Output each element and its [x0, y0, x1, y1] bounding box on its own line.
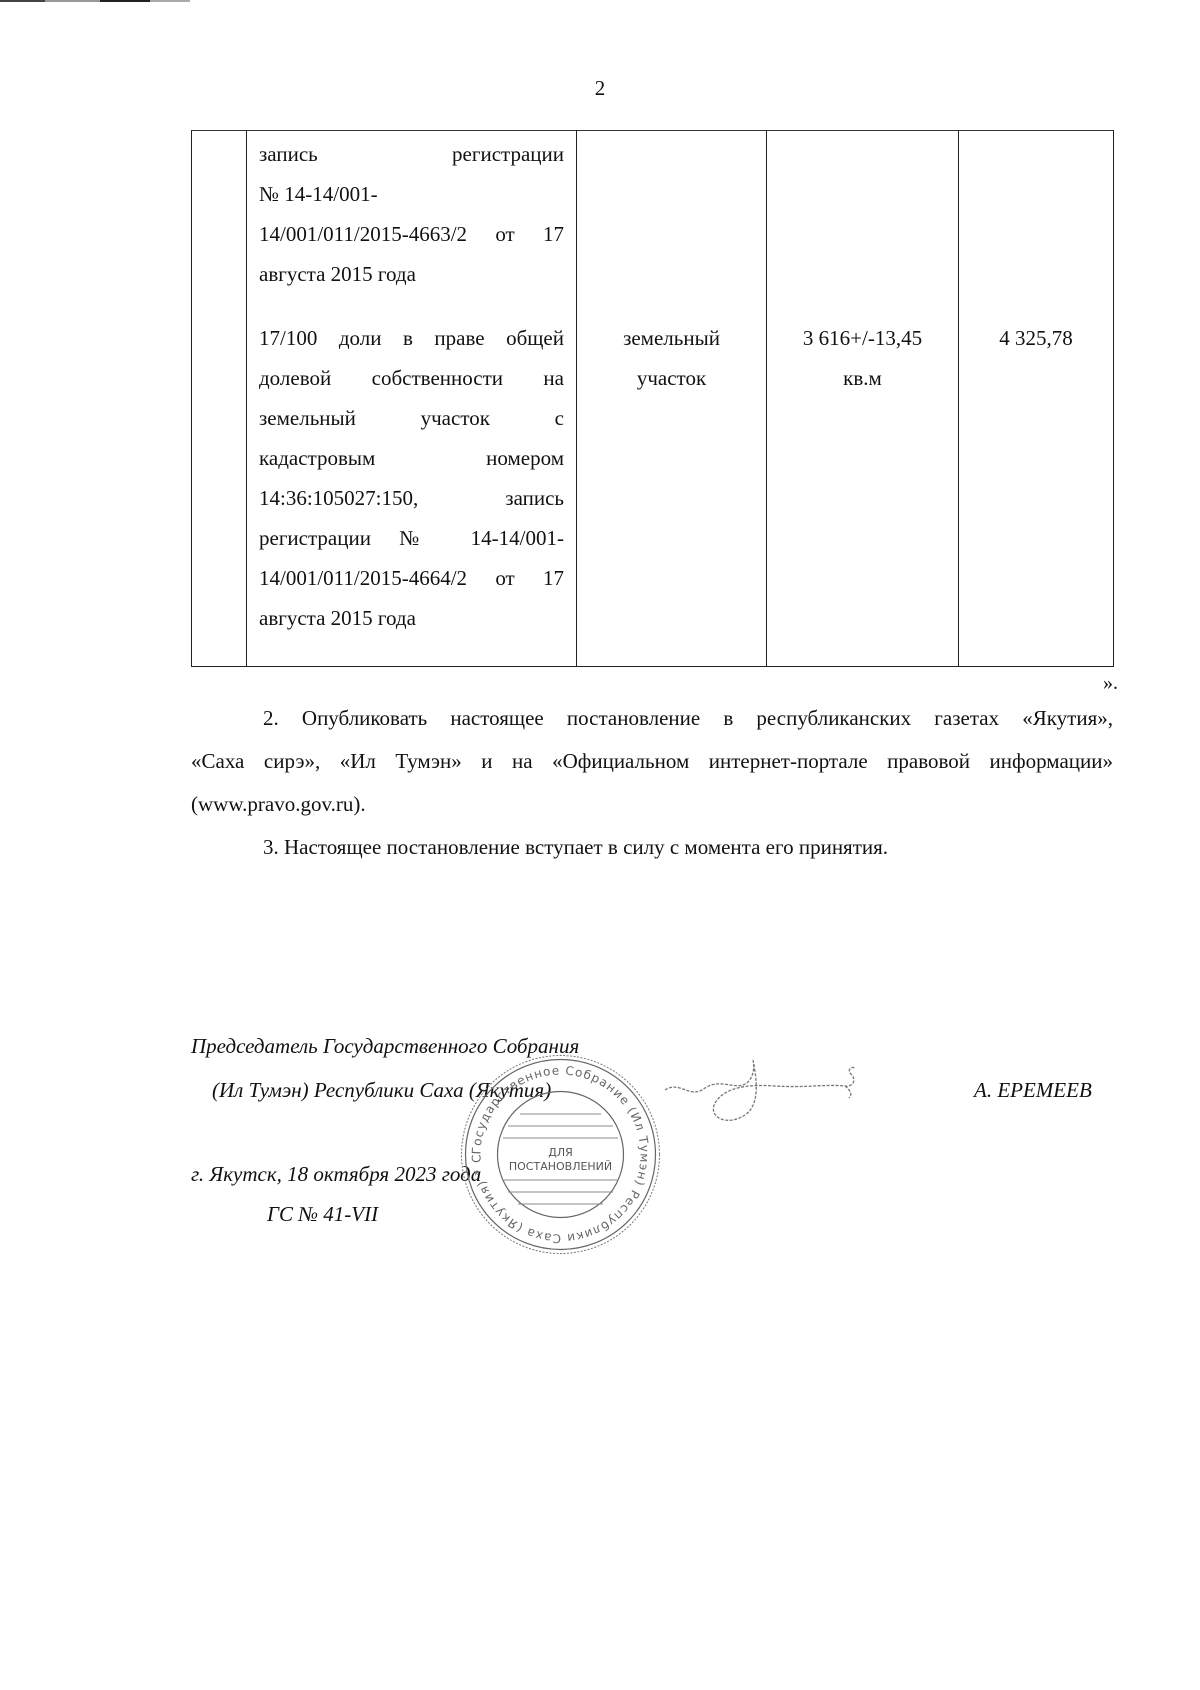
property-table: запись регистрации № 14-14/001- 14/001/0…: [191, 130, 1114, 667]
table-bottom-border: [192, 666, 1114, 667]
description-line: № 14-14/001-: [259, 174, 564, 214]
area-line: кв.м: [767, 358, 958, 398]
place-and-date: г. Якутск, 18 октября 2023 года: [191, 1162, 481, 1187]
object-type-line: участок: [577, 358, 766, 398]
description-line: кадастровым номером: [259, 438, 564, 478]
object-type-line: земельный: [577, 318, 766, 358]
handwritten-signature-icon: [665, 1060, 865, 1150]
closing-quote: ».: [1103, 672, 1118, 695]
description-line: запись регистрации: [259, 134, 564, 174]
paragraph-line: 3. Настоящее постановление вступает в си…: [191, 826, 1113, 869]
signatory-name: А. ЕРЕМЕЕВ: [974, 1078, 1092, 1103]
scan-artifact-line: [0, 0, 190, 2]
description-line: земельный участок с: [259, 398, 564, 438]
description-line: долевой собственности на: [259, 358, 564, 398]
description-line: 14/001/011/2015-4664/2 от 17: [259, 558, 564, 598]
paragraph-line: «Саха сирэ», «Ил Тумэн» и на «Официально…: [191, 740, 1113, 783]
paragraph-line: 2. Опубликовать настоящее постановление …: [191, 697, 1113, 740]
description-line: августа 2015 года: [259, 598, 564, 638]
table-row: запись регистрации № 14-14/001- 14/001/0…: [192, 131, 1114, 667]
page-number: 2: [0, 76, 1200, 101]
description-cell: запись регистрации № 14-14/001- 14/001/0…: [247, 131, 577, 667]
area-cell: 3 616+/-13,45 кв.м: [767, 131, 959, 667]
value-cell: 4 325,78: [959, 131, 1114, 667]
paragraph-line: (www.pravo.gov.ru).: [191, 783, 1113, 826]
paragraph-3: 3. Настоящее постановление вступает в си…: [191, 826, 1113, 869]
cadastral-value: 4 325,78: [959, 318, 1113, 358]
document-number: ГС № 41-VII: [267, 1202, 378, 1227]
area-line: 3 616+/-13,45: [767, 318, 958, 358]
svg-text:ДЛЯ: ДЛЯ: [548, 1146, 573, 1159]
description-line: августа 2015 года: [259, 254, 564, 294]
description-line: 17/100 доли в праве общей: [259, 318, 564, 358]
description-line: регистрации № 14-14/001-: [259, 518, 564, 558]
official-seal-icon: Государственное Собрание (Ил Тумэн) Респ…: [458, 1052, 663, 1257]
svg-text:ПОСТАНОВЛЕНИЙ: ПОСТАНОВЛЕНИЙ: [509, 1160, 612, 1173]
description-line: 14/001/011/2015-4663/2 от 17: [259, 214, 564, 254]
description-line: 14:36:105027:150, запись: [259, 478, 564, 518]
paragraph-2: 2. Опубликовать настоящее постановление …: [191, 697, 1113, 826]
row-number-cell: [192, 131, 247, 667]
object-type-cell: земельный участок: [577, 131, 767, 667]
